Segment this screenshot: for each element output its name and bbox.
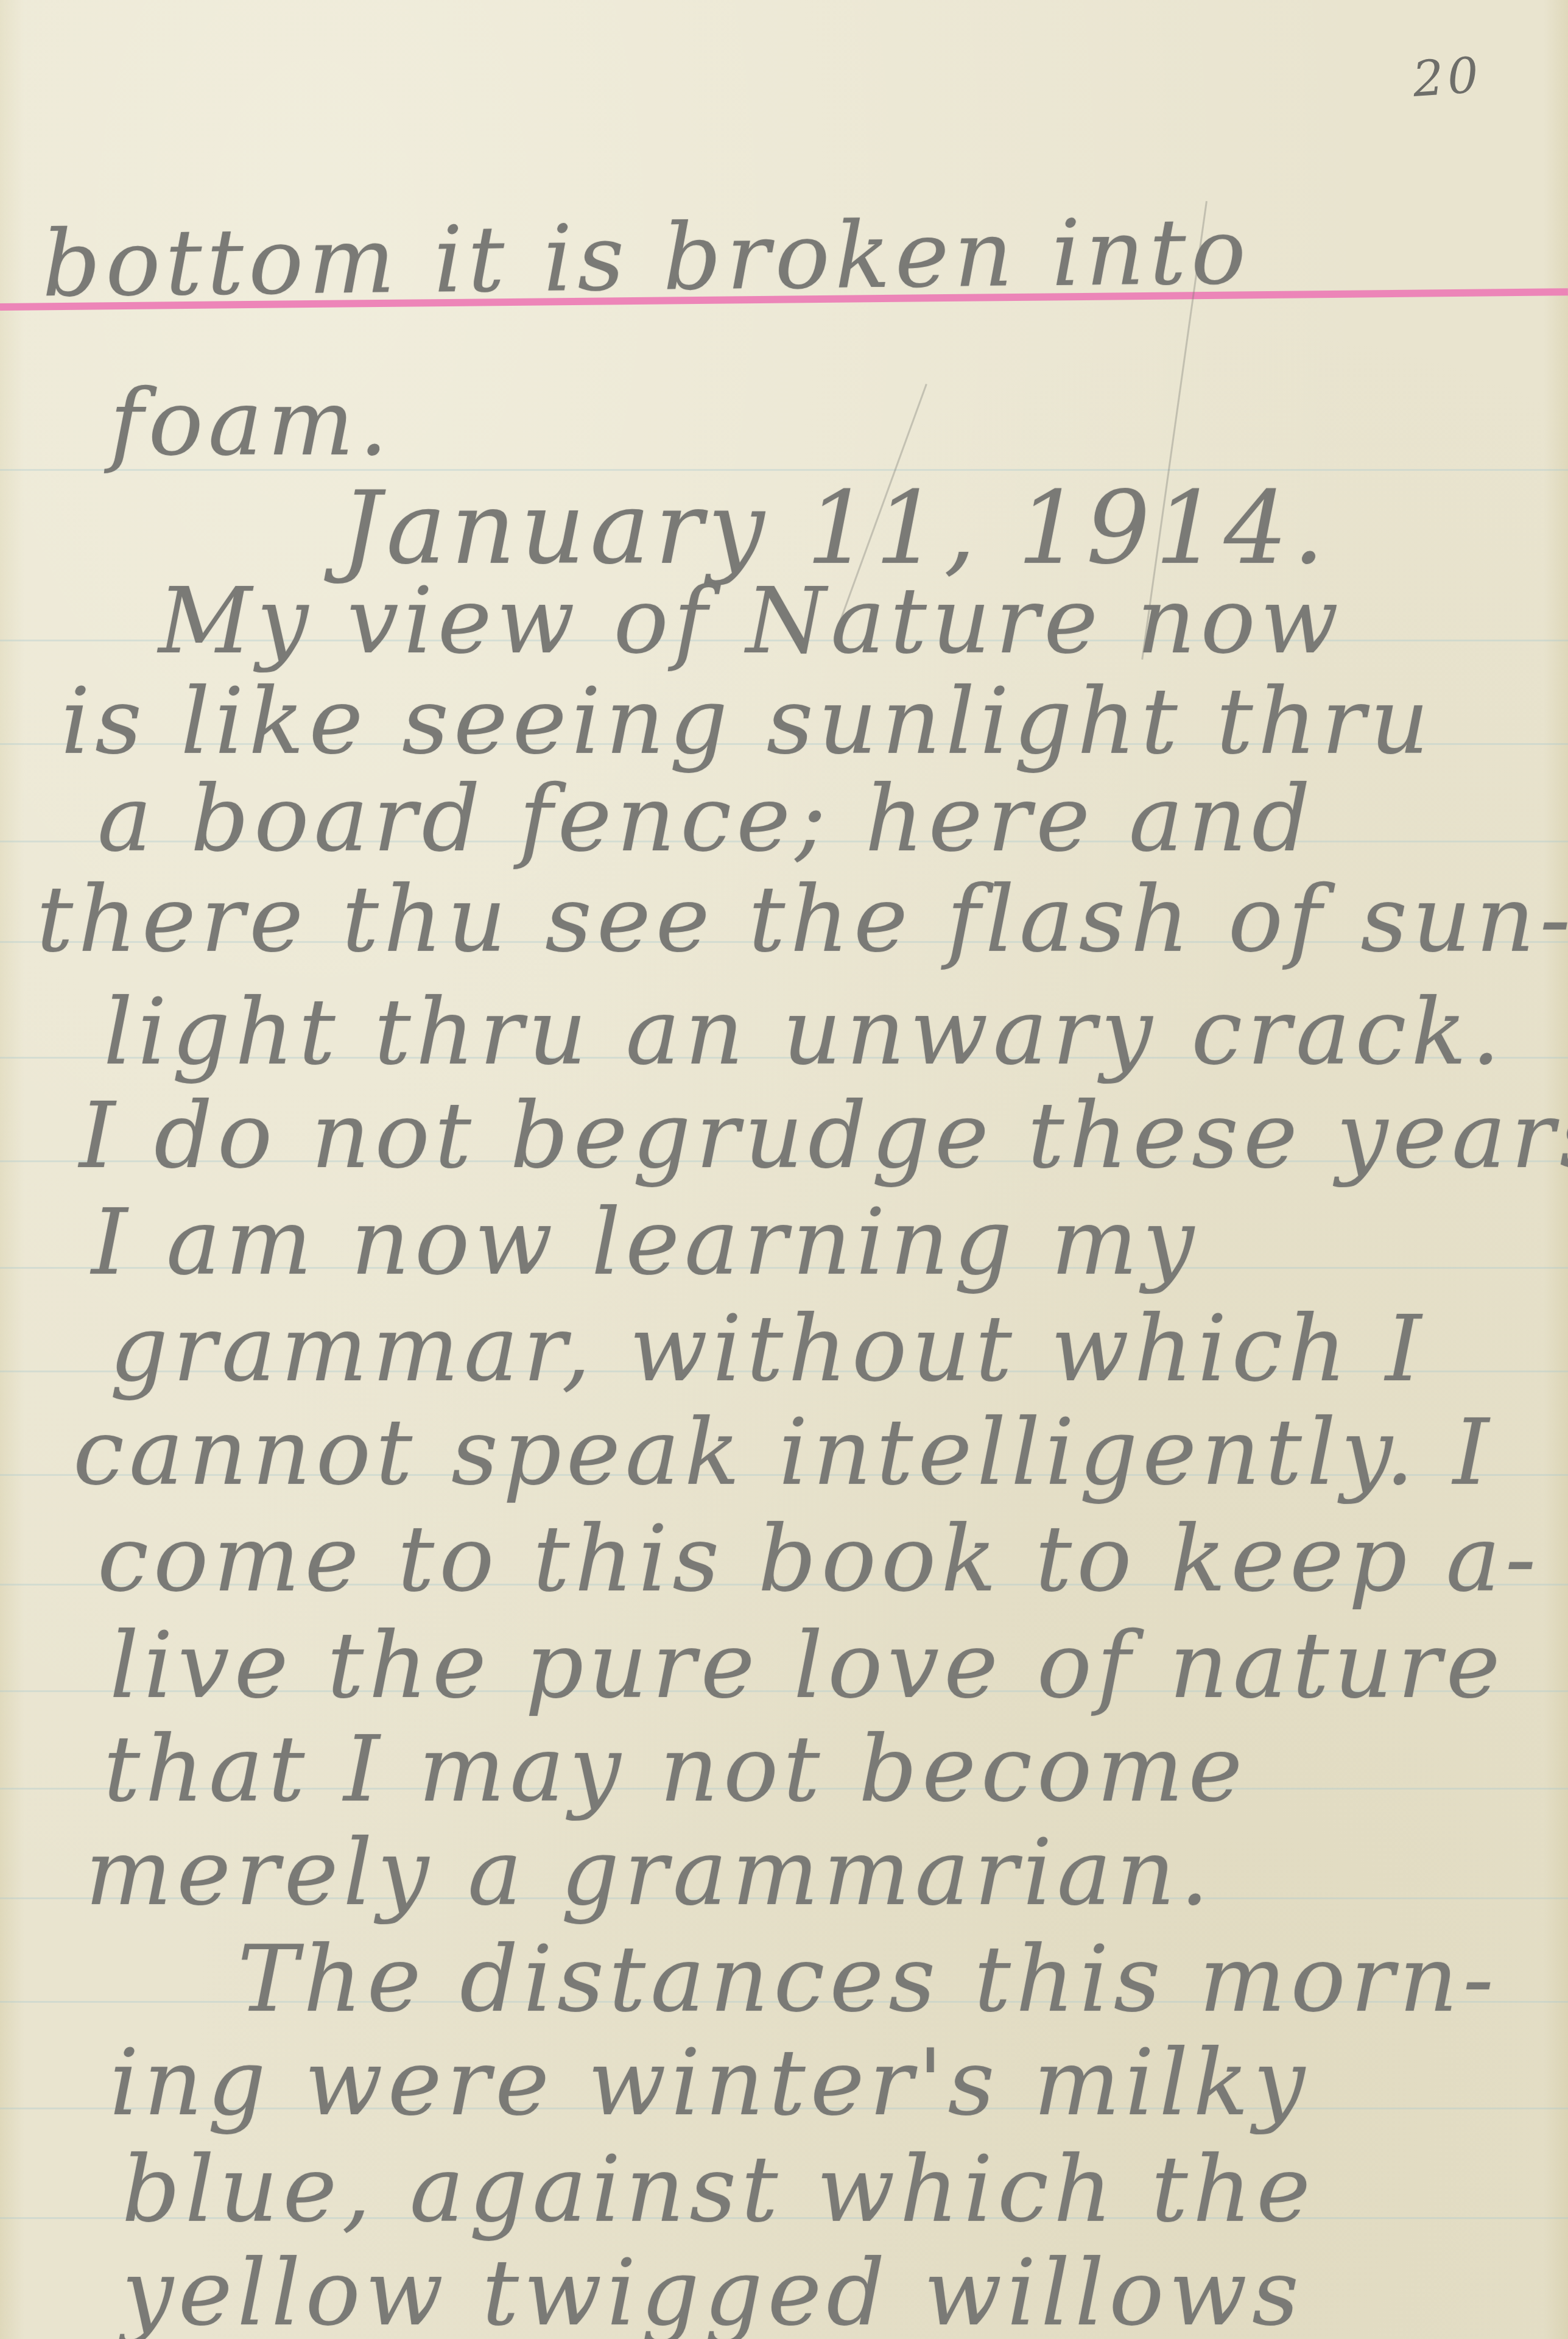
text-line: come to this book to keep a- [0,1514,1568,1605]
text-line: live the pure love of nature [0,1620,1568,1712]
text-line: My view of Nature now [0,576,1568,667]
text-line: yellow twigged willows [0,2248,1568,2339]
text-line: I do not begrudge these years. [0,1090,1568,1182]
text-line: ing were winter's milky [0,2037,1568,2129]
text-line: a board fence; here and [0,774,1568,865]
text-line: foam. [0,378,1568,469]
text-line: I am now learning my [0,1197,1568,1288]
text-line: blue, against which the [0,2144,1568,2235]
text-line: there thu see the flash of sun- [0,874,1568,965]
text-line: that I may not become [0,1724,1568,1815]
text-line: bottom it is broken into [0,202,1568,311]
text-line: grammar, without which I [0,1304,1568,1395]
text-line: is like seeing sunlight thru [0,676,1568,767]
text-line: merely a grammarian. [0,1827,1568,1919]
text-line: cannot speak intelligently. I [0,1407,1568,1498]
text-line: The distances this morn- [0,1934,1568,2025]
text-line: light thru an unwary crack. [0,987,1568,1078]
entry-date: January 11, 1914. [0,478,1568,579]
page-number: 20 [1411,46,1484,108]
diary-page: 20 bottom it is broken into foam. Januar… [0,0,1568,2339]
